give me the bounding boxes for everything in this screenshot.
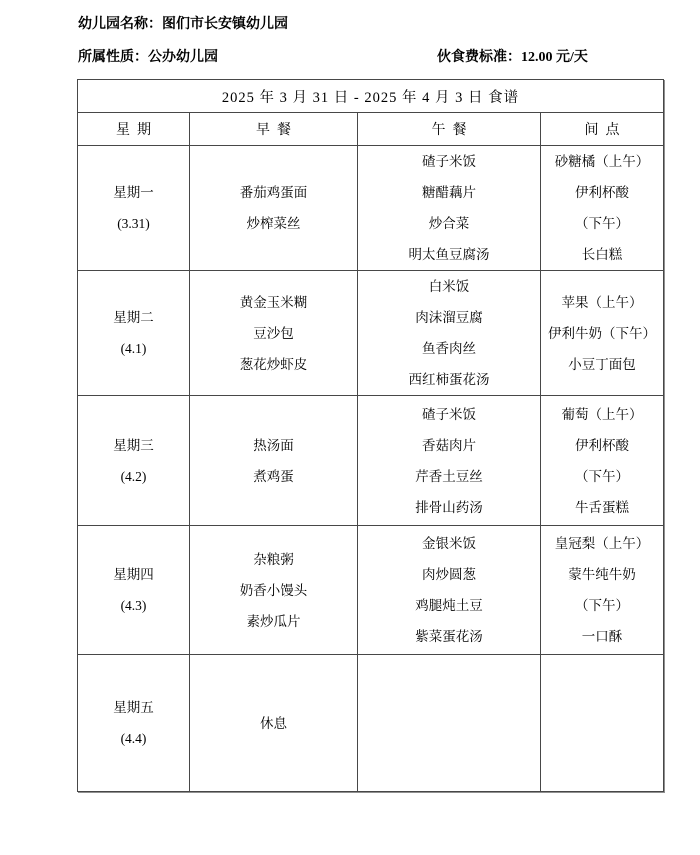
kindergarten-name-line: 幼儿园名称：图们市长安镇幼儿园 <box>78 13 666 33</box>
menu-item: 炒榨菜丝 <box>190 208 357 239</box>
menu-item: 排骨山药汤 <box>358 492 540 523</box>
lunch-cell <box>358 655 541 792</box>
menu-item: 葡萄（上午） <box>541 399 663 430</box>
menu-item: 紫菜蛋花汤 <box>358 621 540 652</box>
table-row: 星期二(4.1)黄金玉米糊豆沙包葱花炒虾皮白米饭肉沫溜豆腐鱼香肉丝西红柿蛋花汤苹… <box>78 271 664 396</box>
menu-item: （下午） <box>541 590 663 621</box>
menu-item: 西红柿蛋花汤 <box>358 364 540 395</box>
breakfast-cell: 黄金玉米糊豆沙包葱花炒虾皮 <box>190 271 358 396</box>
day-cell: 星期一(3.31) <box>78 146 190 271</box>
lunch-cell: 白米饭肉沫溜豆腐鱼香肉丝西红柿蛋花汤 <box>358 271 541 396</box>
menu-item: 糖醋藕片 <box>358 177 540 208</box>
menu-item: 炒合菜 <box>358 208 540 239</box>
menu-item: 鸡腿炖土豆 <box>358 590 540 621</box>
snack-cell: 苹果（上午）伊利牛奶（下午）小豆丁面包 <box>541 271 664 396</box>
menu-item: 牛舌蛋糕 <box>541 492 663 523</box>
fee-standard: 伙食费标准：12.00 元/天 <box>437 46 588 66</box>
table-row: 星期三(4.2)热汤面煮鸡蛋碴子米饭香菇肉片芹香土豆丝排骨山药汤葡萄（上午）伊利… <box>78 396 664 526</box>
menu-item: 豆沙包 <box>190 318 357 349</box>
menu-item: 明太鱼豆腐汤 <box>358 239 540 270</box>
menu-item: 煮鸡蛋 <box>190 461 357 492</box>
menu-item: 一口酥 <box>541 621 663 652</box>
fee-label: 伙食费标准： <box>437 50 521 65</box>
fee-value: 12.00 元/天 <box>521 50 588 65</box>
col-header-lunch: 午餐 <box>358 113 541 146</box>
kindergarten-name-label: 幼儿园名称： <box>78 17 162 32</box>
breakfast-cell: 番茄鸡蛋面炒榨菜丝 <box>190 146 358 271</box>
menu-item: 伊利杯酸 <box>541 430 663 461</box>
menu-item: 小豆丁面包 <box>541 349 663 380</box>
document-page: 幼儿园名称：图们市长安镇幼儿园 所属性质：公办幼儿园 伙食费标准：12.00 元… <box>0 0 700 855</box>
menu-item: 星期一 <box>78 177 189 208</box>
menu-item: 鱼香肉丝 <box>358 333 540 364</box>
menu-item: (3.31) <box>78 208 189 239</box>
menu-item: 皇冠梨（上午） <box>541 528 663 559</box>
menu-item: 金银米饭 <box>358 528 540 559</box>
lunch-cell: 金银米饭肉炒圆葱鸡腿炖土豆紫菜蛋花汤 <box>358 526 541 655</box>
snack-cell: 葡萄（上午）伊利杯酸（下午）牛舌蛋糕 <box>541 396 664 526</box>
table-title: 2025 年 3 月 31 日 - 2025 年 4 月 3 日 食谱 <box>78 80 664 113</box>
menu-item: 砂糖橘（上午） <box>541 146 663 177</box>
table-title-row: 2025 年 3 月 31 日 - 2025 年 4 月 3 日 食谱 <box>78 80 664 113</box>
menu-item: 芹香土豆丝 <box>358 461 540 492</box>
nature-label: 所属性质： <box>78 50 148 65</box>
menu-table: 2025 年 3 月 31 日 - 2025 年 4 月 3 日 食谱 星期 早… <box>77 79 664 792</box>
day-cell: 星期三(4.2) <box>78 396 190 526</box>
menu-item: 素炒瓜片 <box>190 606 357 637</box>
menu-item: 杂粮粥 <box>190 544 357 575</box>
menu-item: 肉炒圆葱 <box>358 559 540 590</box>
breakfast-cell: 休息 <box>190 655 358 792</box>
menu-item: 伊利牛奶（下午） <box>541 318 663 349</box>
day-cell: 星期四(4.3) <box>78 526 190 655</box>
lunch-cell: 碴子米饭香菇肉片芹香土豆丝排骨山药汤 <box>358 396 541 526</box>
day-cell: 星期二(4.1) <box>78 271 190 396</box>
menu-table-body: 星期一(3.31)番茄鸡蛋面炒榨菜丝碴子米饭糖醋藕片炒合菜明太鱼豆腐汤砂糖橘（上… <box>78 146 664 792</box>
menu-item: 休息 <box>190 708 357 739</box>
menu-item: 番茄鸡蛋面 <box>190 177 357 208</box>
menu-item: 星期四 <box>78 559 189 590</box>
menu-item: 长白糕 <box>541 239 663 270</box>
snack-cell <box>541 655 664 792</box>
menu-item: 星期二 <box>78 302 189 333</box>
col-header-snack: 间点 <box>541 113 664 146</box>
menu-item: 肉沫溜豆腐 <box>358 302 540 333</box>
menu-item: (4.4) <box>78 723 189 754</box>
breakfast-cell: 热汤面煮鸡蛋 <box>190 396 358 526</box>
menu-item: 星期三 <box>78 430 189 461</box>
day-cell: 星期五(4.4) <box>78 655 190 792</box>
kindergarten-name-value: 图们市长安镇幼儿园 <box>162 17 288 32</box>
table-row: 星期五(4.4)休息 <box>78 655 664 792</box>
menu-item: （下午） <box>541 208 663 239</box>
menu-item: 苹果（上午） <box>541 287 663 318</box>
menu-item: (4.2) <box>78 461 189 492</box>
snack-cell: 砂糖橘（上午）伊利杯酸（下午）长白糕 <box>541 146 664 271</box>
table-header-row: 星期 早餐 午餐 间点 <box>78 113 664 146</box>
menu-item: 热汤面 <box>190 430 357 461</box>
snack-cell: 皇冠梨（上午）蒙牛纯牛奶（下午）一口酥 <box>541 526 664 655</box>
menu-item: 蒙牛纯牛奶 <box>541 559 663 590</box>
menu-item: 碴子米饭 <box>358 146 540 177</box>
menu-item: 葱花炒虾皮 <box>190 349 357 380</box>
menu-item: （下午） <box>541 461 663 492</box>
menu-item: 黄金玉米糊 <box>190 287 357 318</box>
nature-value: 公办幼儿园 <box>148 50 218 65</box>
menu-item: 碴子米饭 <box>358 399 540 430</box>
menu-item: (4.3) <box>78 590 189 621</box>
menu-item: 星期五 <box>78 692 189 723</box>
menu-item: 白米饭 <box>358 271 540 302</box>
col-header-breakfast: 早餐 <box>190 113 358 146</box>
table-row: 星期一(3.31)番茄鸡蛋面炒榨菜丝碴子米饭糖醋藕片炒合菜明太鱼豆腐汤砂糖橘（上… <box>78 146 664 271</box>
menu-item: (4.1) <box>78 333 189 364</box>
menu-item: 伊利杯酸 <box>541 177 663 208</box>
menu-item: 香菇肉片 <box>358 430 540 461</box>
lunch-cell: 碴子米饭糖醋藕片炒合菜明太鱼豆腐汤 <box>358 146 541 271</box>
nature-and-fee-line: 所属性质：公办幼儿园 伙食费标准：12.00 元/天 <box>78 46 666 66</box>
menu-item: 奶香小馒头 <box>190 575 357 606</box>
table-row: 星期四(4.3)杂粮粥奶香小馒头素炒瓜片金银米饭肉炒圆葱鸡腿炖土豆紫菜蛋花汤皇冠… <box>78 526 664 655</box>
breakfast-cell: 杂粮粥奶香小馒头素炒瓜片 <box>190 526 358 655</box>
col-header-week: 星期 <box>78 113 190 146</box>
